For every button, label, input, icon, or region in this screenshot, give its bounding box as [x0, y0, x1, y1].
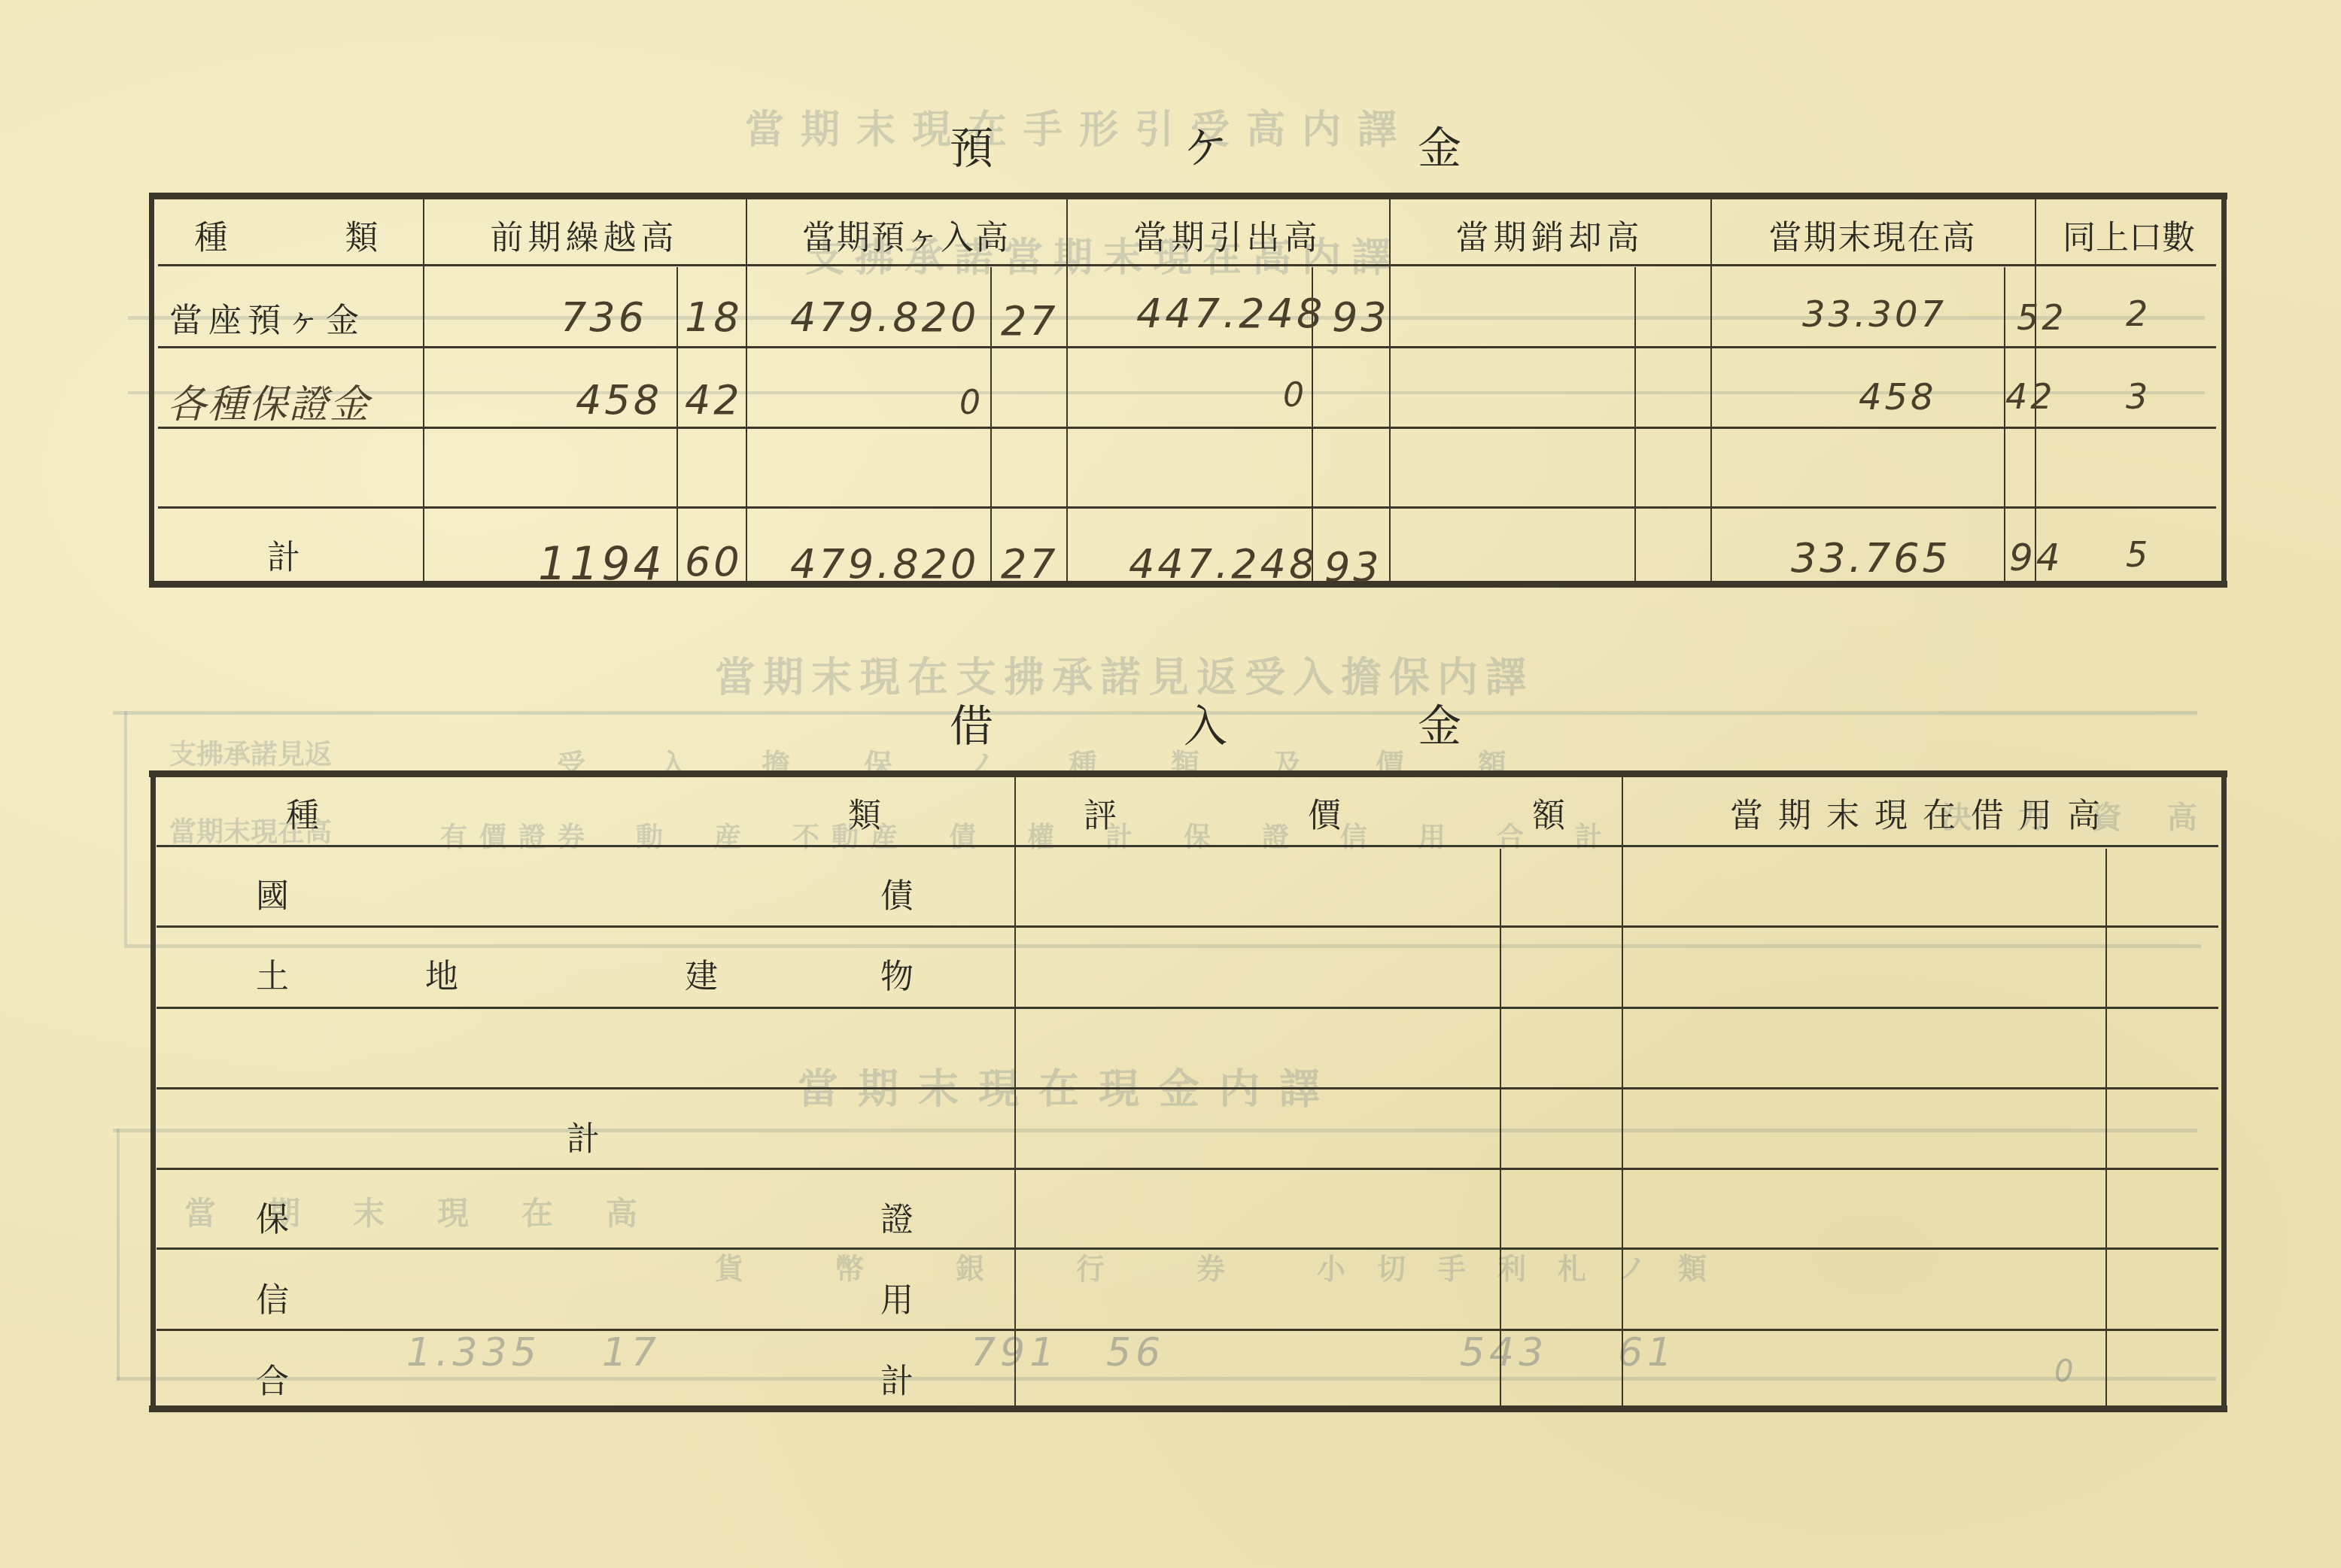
- row-label-right: 債: [880, 869, 914, 917]
- cell-in-yen: 0: [959, 384, 984, 422]
- col-header-deposits-in: 當期預ヶ入高: [746, 211, 1066, 259]
- row-label-right: 物: [880, 950, 914, 998]
- show-through-value: 61: [1618, 1330, 1677, 1375]
- valuation-char: 額: [1532, 789, 1565, 837]
- row-label-mid2: 建: [685, 950, 718, 998]
- cell-end-yen: 33.307: [1802, 293, 1947, 336]
- show-through-cash-left: 當 期 末 現 在 高: [184, 1189, 648, 1234]
- borrowings-title-char: 金: [1418, 691, 1461, 754]
- col-header-prev-balance: 前期繰越高: [423, 211, 746, 259]
- row-label-left: 土: [256, 950, 289, 998]
- cell-end-yen: 33.765: [1791, 534, 1951, 582]
- show-through-value: 1.335: [406, 1330, 541, 1375]
- valuation-char: 評: [1084, 789, 1117, 837]
- cell-end-sen: 52: [2017, 297, 2067, 338]
- borrowings-title-char: 借: [950, 691, 993, 754]
- col-header-end-balance: 當期末現在高: [1710, 211, 2035, 259]
- col-header-type: 種 類: [154, 211, 423, 259]
- borrowings-title-char: 入: [1184, 691, 1227, 754]
- cell-count: 5: [2126, 534, 2151, 575]
- cell-end-yen: 458: [1859, 376, 1937, 418]
- row-label-left: 信: [256, 1273, 289, 1321]
- cell-in-sen: 27: [1001, 540, 1059, 588]
- cell-in-yen: 479.820: [790, 540, 979, 588]
- cell-out-yen: 447.248: [1129, 540, 1318, 588]
- cell-prev-sen: 42: [685, 376, 743, 424]
- show-through-value: 17: [602, 1330, 661, 1375]
- cell-count: 2: [2126, 293, 2151, 334]
- row-label-right: 用: [880, 1273, 914, 1321]
- col-header-type-left: 種: [286, 789, 319, 837]
- row-label-left: 國: [256, 869, 289, 917]
- cell-out-sen: 93: [1332, 293, 1390, 341]
- cell-prev-sen: 18: [685, 293, 743, 341]
- show-through-mid-left-1: 支拂承諾見返: [169, 734, 332, 772]
- show-through-value: 56: [1106, 1330, 1165, 1375]
- total-label: 計: [267, 530, 300, 579]
- cell-end-sen: 42: [2005, 376, 2056, 417]
- show-through-cash-title: 當期末現在現金内譯: [798, 1057, 1339, 1115]
- row-label-right: 計: [880, 1354, 914, 1402]
- deposits-title-char: ケ: [1184, 113, 1227, 176]
- col-header-valuation: 評 價 額: [1084, 789, 1565, 837]
- valuation-char: 價: [1308, 789, 1341, 837]
- col-header-account-count: 同上口數: [2035, 211, 2223, 259]
- cell-out-yen: 447.248: [1136, 290, 1325, 337]
- col-header-type-right: 類: [848, 789, 881, 837]
- borrowings-title: 借 入 金: [950, 691, 1461, 754]
- col-header-end-borrowed: 當期末現在借用高: [1667, 789, 2178, 837]
- show-through-cash-cols: 貨 幣 銀 行 券 小切手利札ノ類: [715, 1245, 1738, 1287]
- cell-in-yen: 479.820: [790, 293, 979, 341]
- cell-prev-yen: 1194: [538, 538, 665, 591]
- cell-prev-yen: 458: [576, 376, 662, 424]
- cell-prev-yen: 736: [561, 293, 647, 341]
- deposits-title-char: 金: [1418, 113, 1461, 176]
- cell-count: 3: [2126, 376, 2151, 417]
- show-through-value: 543: [1460, 1330, 1548, 1375]
- row-label-right: 證: [880, 1193, 914, 1241]
- deposits-title-char: 預: [950, 113, 993, 176]
- cell-out-sen: 93: [1324, 543, 1382, 591]
- col-header-withdrawals: 當期引出高: [1066, 211, 1389, 259]
- col-header-writeoffs: 當期銷却高: [1389, 211, 1710, 259]
- row-label-left: 合: [256, 1354, 289, 1402]
- show-through-value: 0: [2054, 1354, 2078, 1389]
- row-type-label: 當座預ヶ金: [169, 293, 365, 342]
- deposits-title: 預 ケ 金: [950, 113, 1461, 176]
- row-label-subtotal: 計: [567, 1112, 600, 1160]
- row-type-label: 各種保證金: [167, 372, 370, 429]
- row-label-mid1: 地: [425, 950, 458, 998]
- cell-end-sen: 94: [2009, 536, 2063, 579]
- cell-out-yen: 0: [1283, 376, 1307, 415]
- row-label-left: 保: [256, 1193, 289, 1241]
- cell-in-sen: 27: [1001, 297, 1059, 345]
- cell-prev-sen: 60: [685, 538, 743, 585]
